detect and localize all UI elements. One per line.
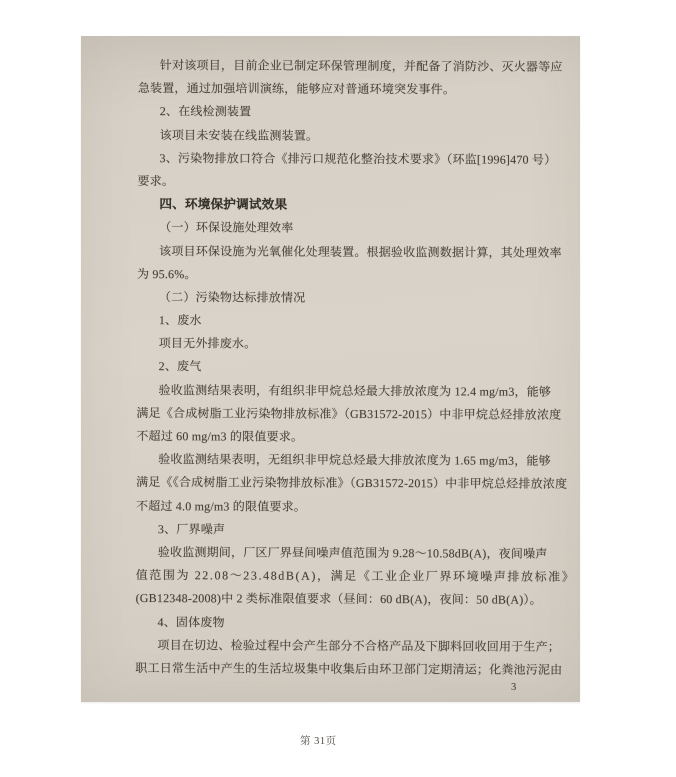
document-viewer: 针对该项目，目前企业已制定环保管理制度，并配备了消防沙、灭火器等应急装置，通过加… <box>0 0 676 777</box>
document-text-line: (GB12348-2008)中 2 类标准限值要求（昼间：60 dB(A)，夜间… <box>136 587 560 612</box>
document-text-line: 2、废气 <box>137 355 561 380</box>
document-text-line: 满足《《合成树脂工业污染物排放标准》（GB31572-2015）中非甲烷总烃排放… <box>136 471 560 496</box>
document-text-line: 值范围为 22.08～23.48dB(A)，满足《工业企业厂界环境噪声排放标准》 <box>136 564 560 589</box>
document-text-line: 3、厂界噪声 <box>136 518 560 543</box>
document-text-line: 验收监测结果表明，无组织非甲烷总烃最大排放浓度为 1.65 mg/m3，能够 <box>136 448 560 473</box>
document-text-line: 职工日常生活中产生的生活垃圾集中收集后由环卫部门定期清运；化粪池污泥由 <box>135 657 559 682</box>
document-text-line: 项目无外排废水。 <box>137 332 561 357</box>
document-text-line: 2、在线检测装置 <box>138 100 562 125</box>
document-text: 针对该项目，目前企业已制定环保管理制度，并配备了消防沙、灭火器等应急装置，通过加… <box>135 54 562 682</box>
document-text-line: 1、废水 <box>137 309 561 334</box>
scan-page-number: 3 <box>511 682 516 693</box>
document-text-line: 3、污染物排放口符合《排污口规范化整治技术要求》（环监[1996]470 号） <box>137 147 561 172</box>
document-text-line: 要求。 <box>137 170 561 195</box>
document-text-line: 项目在切边、检验过程中会产生部分不合格产品及下脚料回收回用于生产； <box>135 634 559 659</box>
document-text-line: 针对该项目，目前企业已制定环保管理制度，并配备了消防沙、灭火器等应 <box>138 54 562 79</box>
document-text-line: 四、环境保护调试效果 <box>137 193 561 218</box>
document-text-line: 该项目未安装在线监测装置。 <box>138 124 562 149</box>
pagination-label: 第 31页 <box>300 733 337 748</box>
document-text-line: 不超过 4.0 mg/m3 的限值要求。 <box>136 495 560 520</box>
document-text-line: 急装置，通过加强培训演练，能够应对普通环境突发事件。 <box>138 77 562 102</box>
document-text-line: 4、固体废物 <box>135 610 559 635</box>
document-text-line: （一）环保设施处理效率 <box>137 216 561 241</box>
scanned-document-page: 针对该项目，目前企业已制定环保管理制度，并配备了消防沙、灭火器等应急装置，通过加… <box>81 36 580 702</box>
document-text-line: 该项目环保设施为光氧催化处理装置。根据验收监测数据计算，其处理效率 <box>137 239 561 264</box>
document-text-line: （二）污染物达标排放情况 <box>137 286 561 311</box>
document-text-line: 不超过 60 mg/m3 的限值要求。 <box>136 425 560 450</box>
document-text-line: 为 95.6%。 <box>137 263 561 288</box>
document-text-line: 验收监测结果表明，有组织非甲烷总烃最大排放浓度为 12.4 mg/m3，能够 <box>136 379 560 404</box>
document-text-line: 满足《合成树脂工业污染物排放标准》（GB31572-2015）中非甲烷总烃排放浓… <box>136 402 560 427</box>
document-text-line: 验收监测期间，厂区厂界昼间噪声值范围为 9.28～10.58dB(A)，夜间噪声 <box>136 541 560 566</box>
